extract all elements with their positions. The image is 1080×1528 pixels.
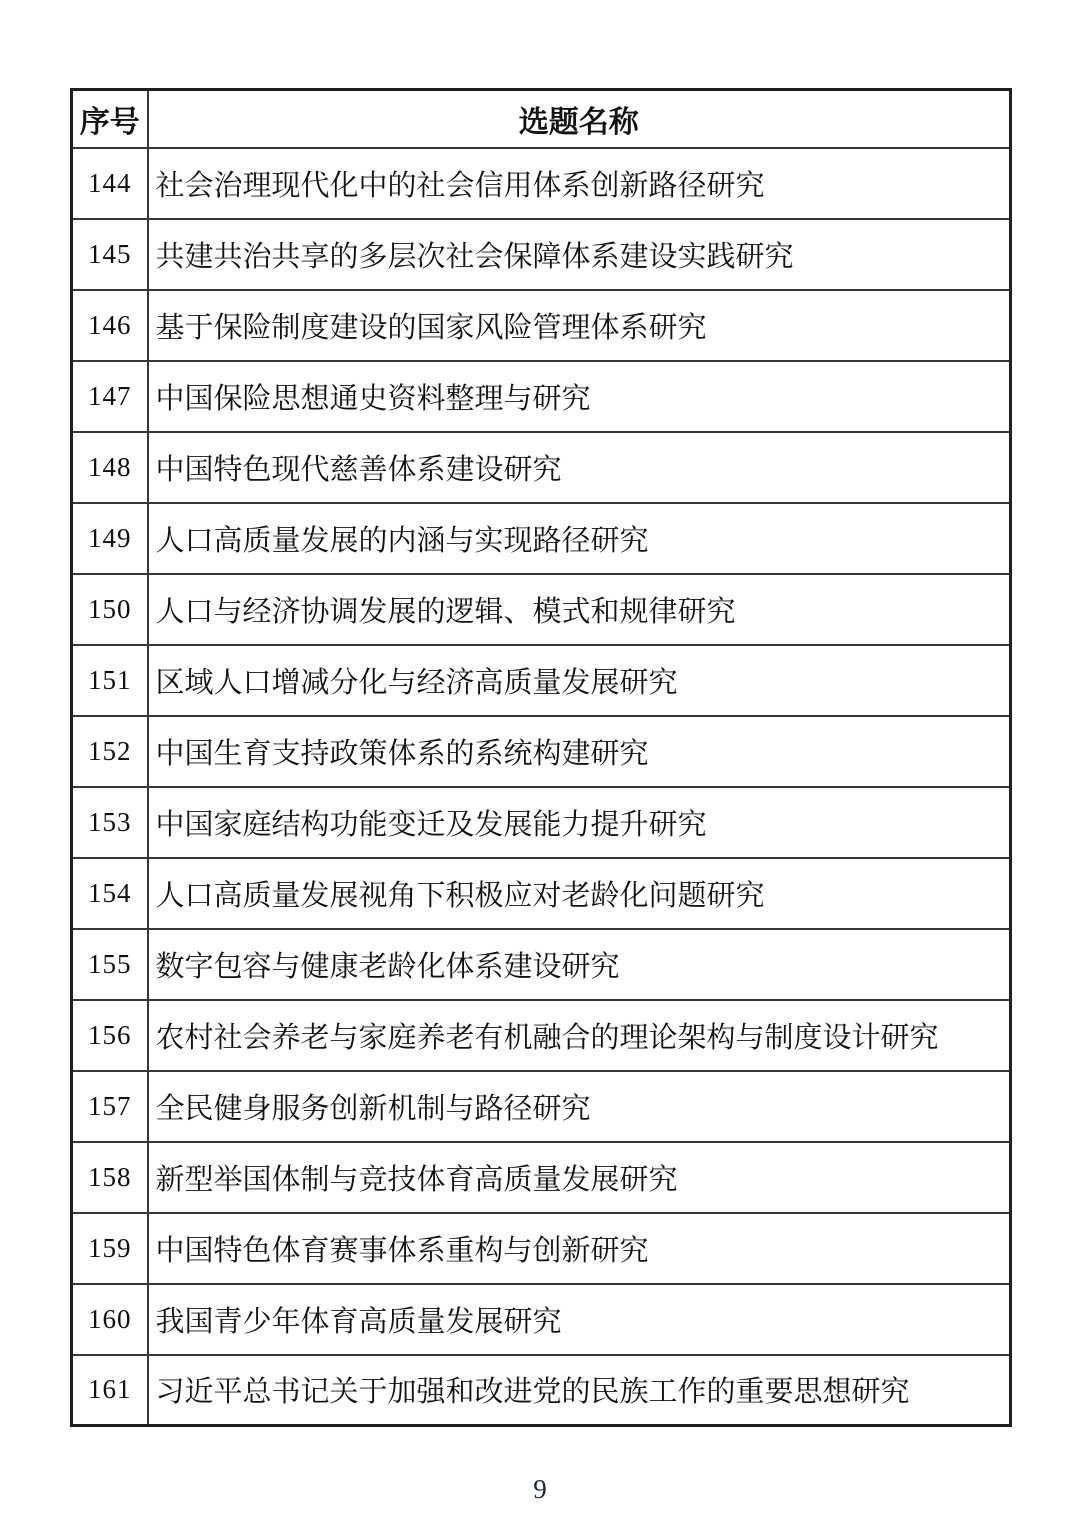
topic-title-cell: 中国特色现代慈善体系建设研究	[148, 432, 1011, 503]
topic-title-cell: 新型举国体制与竞技体育高质量发展研究	[148, 1142, 1011, 1213]
topic-title-cell: 习近平总书记关于加强和改进党的民族工作的重要思想研究	[148, 1355, 1011, 1426]
topic-title-cell: 区域人口增减分化与经济高质量发展研究	[148, 645, 1011, 716]
topic-title-cell: 我国青少年体育高质量发展研究	[148, 1284, 1011, 1355]
serial-number-cell: 147	[72, 361, 148, 432]
serial-number-cell: 154	[72, 858, 148, 929]
topic-title-cell: 农村社会养老与家庭养老有机融合的理论架构与制度设计研究	[148, 1000, 1011, 1071]
serial-number-cell: 153	[72, 787, 148, 858]
table-row: 148 中国特色现代慈善体系建设研究	[72, 432, 1011, 503]
table-row: 151 区域人口增减分化与经济高质量发展研究	[72, 645, 1011, 716]
col-header-serial: 序号	[72, 90, 148, 148]
col-header-topic: 选题名称	[148, 90, 1011, 148]
table-row: 155 数字包容与健康老龄化体系建设研究	[72, 929, 1011, 1000]
serial-number-cell: 161	[72, 1355, 148, 1426]
serial-number-cell: 157	[72, 1071, 148, 1142]
topic-title-cell: 全民健身服务创新机制与路径研究	[148, 1071, 1011, 1142]
topic-title-cell: 数字包容与健康老龄化体系建设研究	[148, 929, 1011, 1000]
topic-title-cell: 人口高质量发展视角下积极应对老龄化问题研究	[148, 858, 1011, 929]
serial-number-cell: 156	[72, 1000, 148, 1071]
topic-title-cell: 中国特色体育赛事体系重构与创新研究	[148, 1213, 1011, 1284]
serial-number-cell: 146	[72, 290, 148, 361]
table-row: 160 我国青少年体育高质量发展研究	[72, 1284, 1011, 1355]
table-row: 161 习近平总书记关于加强和改进党的民族工作的重要思想研究	[72, 1355, 1011, 1426]
topic-title-cell: 中国保险思想通史资料整理与研究	[148, 361, 1011, 432]
topic-title-cell: 共建共治共享的多层次社会保障体系建设实践研究	[148, 219, 1011, 290]
serial-number-cell: 150	[72, 574, 148, 645]
table-header: 序号 选题名称	[72, 90, 1011, 148]
table-row: 154 人口高质量发展视角下积极应对老龄化问题研究	[72, 858, 1011, 929]
serial-number-cell: 160	[72, 1284, 148, 1355]
serial-number-cell: 155	[72, 929, 148, 1000]
topic-title-cell: 人口与经济协调发展的逻辑、模式和规律研究	[148, 574, 1011, 645]
table-body: 144 社会治理现代化中的社会信用体系创新路径研究 145 共建共治共享的多层次…	[72, 148, 1011, 1426]
table-row: 149 人口高质量发展的内涵与实现路径研究	[72, 503, 1011, 574]
serial-number-cell: 145	[72, 219, 148, 290]
header-row: 序号 选题名称	[72, 90, 1011, 148]
serial-number-cell: 158	[72, 1142, 148, 1213]
table-row: 144 社会治理现代化中的社会信用体系创新路径研究	[72, 148, 1011, 219]
serial-number-cell: 148	[72, 432, 148, 503]
table-row: 158 新型举国体制与竞技体育高质量发展研究	[72, 1142, 1011, 1213]
topic-title-cell: 社会治理现代化中的社会信用体系创新路径研究	[148, 148, 1011, 219]
topic-title-cell: 中国生育支持政策体系的系统构建研究	[148, 716, 1011, 787]
document-page: 序号 选题名称 144 社会治理现代化中的社会信用体系创新路径研究 145 共建…	[0, 0, 1080, 1528]
topic-title-cell: 中国家庭结构功能变迁及发展能力提升研究	[148, 787, 1011, 858]
table-row: 156 农村社会养老与家庭养老有机融合的理论架构与制度设计研究	[72, 1000, 1011, 1071]
table-row: 145 共建共治共享的多层次社会保障体系建设实践研究	[72, 219, 1011, 290]
table-row: 150 人口与经济协调发展的逻辑、模式和规律研究	[72, 574, 1011, 645]
topics-table: 序号 选题名称 144 社会治理现代化中的社会信用体系创新路径研究 145 共建…	[70, 88, 1012, 1427]
table-row: 153 中国家庭结构功能变迁及发展能力提升研究	[72, 787, 1011, 858]
table-row: 152 中国生育支持政策体系的系统构建研究	[72, 716, 1011, 787]
page-number: 9	[0, 1474, 1080, 1505]
table-row: 146 基于保险制度建设的国家风险管理体系研究	[72, 290, 1011, 361]
table-row: 159 中国特色体育赛事体系重构与创新研究	[72, 1213, 1011, 1284]
topic-title-cell: 人口高质量发展的内涵与实现路径研究	[148, 503, 1011, 574]
serial-number-cell: 151	[72, 645, 148, 716]
serial-number-cell: 149	[72, 503, 148, 574]
table-row: 147 中国保险思想通史资料整理与研究	[72, 361, 1011, 432]
serial-number-cell: 144	[72, 148, 148, 219]
serial-number-cell: 159	[72, 1213, 148, 1284]
table-row: 157 全民健身服务创新机制与路径研究	[72, 1071, 1011, 1142]
topic-title-cell: 基于保险制度建设的国家风险管理体系研究	[148, 290, 1011, 361]
serial-number-cell: 152	[72, 716, 148, 787]
